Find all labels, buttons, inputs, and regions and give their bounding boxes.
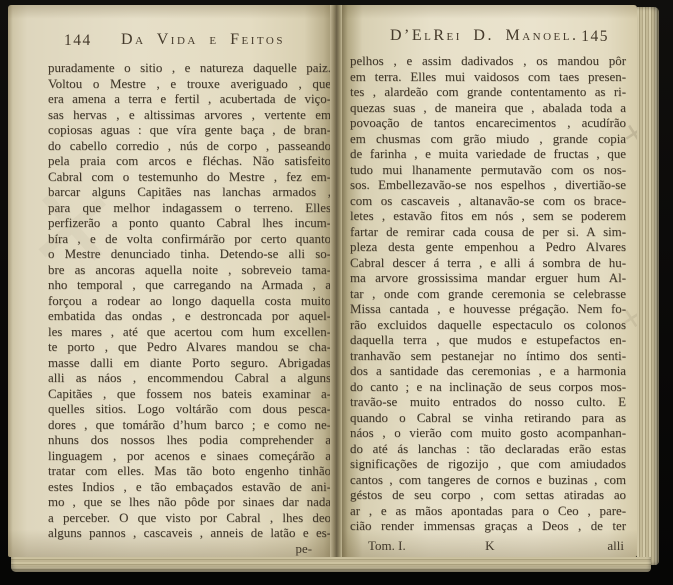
text-line: sos. Embellezavão-se nos espelhos , dive…: [350, 178, 626, 194]
book-spine-gutter: [330, 5, 342, 561]
text-line: travão-se muito entrados do nosso culto.…: [350, 395, 626, 411]
right-running-head: D’ElRei D. Manoel. 145: [342, 27, 637, 47]
scanned-book-photo: 144 Da Vida e Feitos puradamente o sitio…: [0, 0, 673, 585]
text-line: cantos , com tangeres de cornos e buzina…: [350, 473, 626, 489]
text-line: embatida das ondas , e destroncada por a…: [48, 309, 330, 325]
text-line: alli as náos , encommendou Cabral a algu…: [48, 371, 330, 387]
text-line: do até ás lanchas : tão declaradas erão …: [350, 442, 626, 458]
text-line: forçou a rodear ao longo daquella costa …: [48, 294, 330, 310]
text-line: tratar com elles. Mas tão boto engenho t…: [48, 464, 330, 480]
text-line: cião render immensas graças a Deos , de …: [350, 519, 626, 535]
text-line: nhuns dos nossos lhes podia comprehender…: [48, 433, 330, 449]
tome-label: Tom. I.: [368, 538, 406, 554]
text-line: fartar de remirar cada cousa de per si. …: [350, 225, 626, 241]
text-line: ma arvore grossissima mandar erguer hum …: [350, 271, 626, 287]
left-catchword: pe-: [48, 542, 318, 557]
text-line: tranhavão sem pestanejar no íntimo dos s…: [350, 349, 626, 365]
text-line: com os cascaveis , altanavão-se com os b…: [350, 194, 626, 210]
text-line: Capitães , que fossem nos bateis examina…: [48, 387, 330, 403]
text-line: significações de rigozijo , que com amiu…: [350, 457, 626, 473]
text-line: estes Indios , e tão embaçados estavão d…: [48, 480, 330, 496]
left-running-title: Da Vida e Feitos: [108, 31, 298, 49]
text-line: quezas suas , de maneira que , abalada t…: [350, 101, 626, 117]
text-line: alguns pannos , cascaveis , anneis de la…: [48, 526, 330, 542]
left-page: 144 Da Vida e Feitos puradamente o sitio…: [8, 5, 330, 557]
text-line: pelhos , e assim dadivados , os mandou p…: [350, 54, 626, 70]
text-line: mo , que se lhes não pôde por sinaes dar…: [48, 495, 330, 511]
text-line: Voltou o Mestre , e trouxe averiguado , …: [48, 77, 330, 93]
text-line: copiosas aguas : que víra gente baça , d…: [48, 123, 330, 139]
text-line: em chusmas com grão miudo , grande copia: [350, 132, 626, 148]
text-line: tes , alardeão com grande contentamento …: [350, 85, 626, 101]
page-stack-bottom-edge: [11, 557, 651, 572]
text-line: tudo mui lhanamente permutavão com os no…: [350, 163, 626, 179]
text-line: era amena a terra e fertil , acubertada …: [48, 92, 330, 108]
open-book-spread: 144 Da Vida e Feitos puradamente o sitio…: [8, 5, 659, 573]
text-line: a perceber. O que visto por Cabral , lhe…: [48, 511, 330, 527]
text-line: géstos de seu corpo , com settas atirada…: [350, 488, 626, 504]
right-page: D’ElRei D. Manoel. 145 pelhos , e assim …: [342, 5, 637, 557]
right-page-text: pelhos , e assim dadivados , os mandou p…: [350, 54, 626, 535]
text-line: daquella terra , que mudos e estupefacto…: [350, 333, 626, 349]
text-line: linguagem , por acenos e sinaes começárã…: [48, 449, 330, 465]
text-line: ar , e as mãos apontadas para o Ceo , pa…: [350, 504, 626, 520]
text-line: masse dalli em diante Porto seguro. Abri…: [48, 356, 330, 372]
text-line: de farinha , e muita variedade de fructa…: [350, 147, 626, 163]
right-page-footer: Tom. I. K alli: [350, 538, 626, 554]
text-line: pleza desta gente empenhou a Pedro Alvar…: [350, 240, 626, 256]
left-page-text: puradamente o sitio , e natureza daquell…: [48, 61, 330, 542]
text-line: rão excluidos daquelle espectaculo os co…: [350, 318, 626, 334]
page-stack-edge: [637, 7, 659, 565]
text-line: te porto , que Pedro Alvares mandou se c…: [48, 340, 330, 356]
text-line: em terra. Elles mui vaidosos com taes pr…: [350, 70, 626, 86]
left-running-head: 144 Da Vida e Feitos: [8, 31, 330, 51]
text-line: quando o Cabral se vinha retirando para …: [350, 411, 626, 427]
text-line: puradamente o sitio , e natureza daquell…: [48, 61, 330, 77]
text-line: Missa cantada , e houvesse prégação. Nem…: [350, 302, 626, 318]
text-line: quelles sitios. Logo voltárão com dous p…: [48, 402, 330, 418]
pencil-mark-icon: ✕: [22, 162, 123, 296]
text-line: sas hervas , e altissimas arvores , vert…: [48, 108, 330, 124]
text-line: dores , que tomárão d’hum barco ; e como…: [48, 418, 330, 434]
right-page-number: 145: [581, 28, 609, 46]
signature-mark: K: [485, 538, 494, 554]
right-running-title: D’ElRei D. Manoel.: [390, 27, 570, 45]
text-line: Cabral descer á terra , e alli á sombra …: [350, 256, 626, 272]
right-catchword: alli: [607, 538, 624, 554]
text-line: tar , onde com grande ceremonia se celeb…: [350, 287, 626, 303]
text-line: náos , o vierão com muito gosto acompanh…: [350, 426, 626, 442]
text-line: povoação de tantos encarecimentos , acud…: [350, 116, 626, 132]
left-page-number: 144: [64, 32, 92, 50]
text-line: letes , estavão fitos em nós , sem se po…: [350, 209, 626, 225]
text-line: do canto ; e na inclinação de seus corpo…: [350, 380, 626, 396]
text-line: do cabello corredio , nús de corpo , pas…: [48, 139, 330, 155]
text-line: les mares , até que acertou com hum exce…: [48, 325, 330, 341]
text-line: dos a santidade das ceremonias , e a har…: [350, 364, 626, 380]
